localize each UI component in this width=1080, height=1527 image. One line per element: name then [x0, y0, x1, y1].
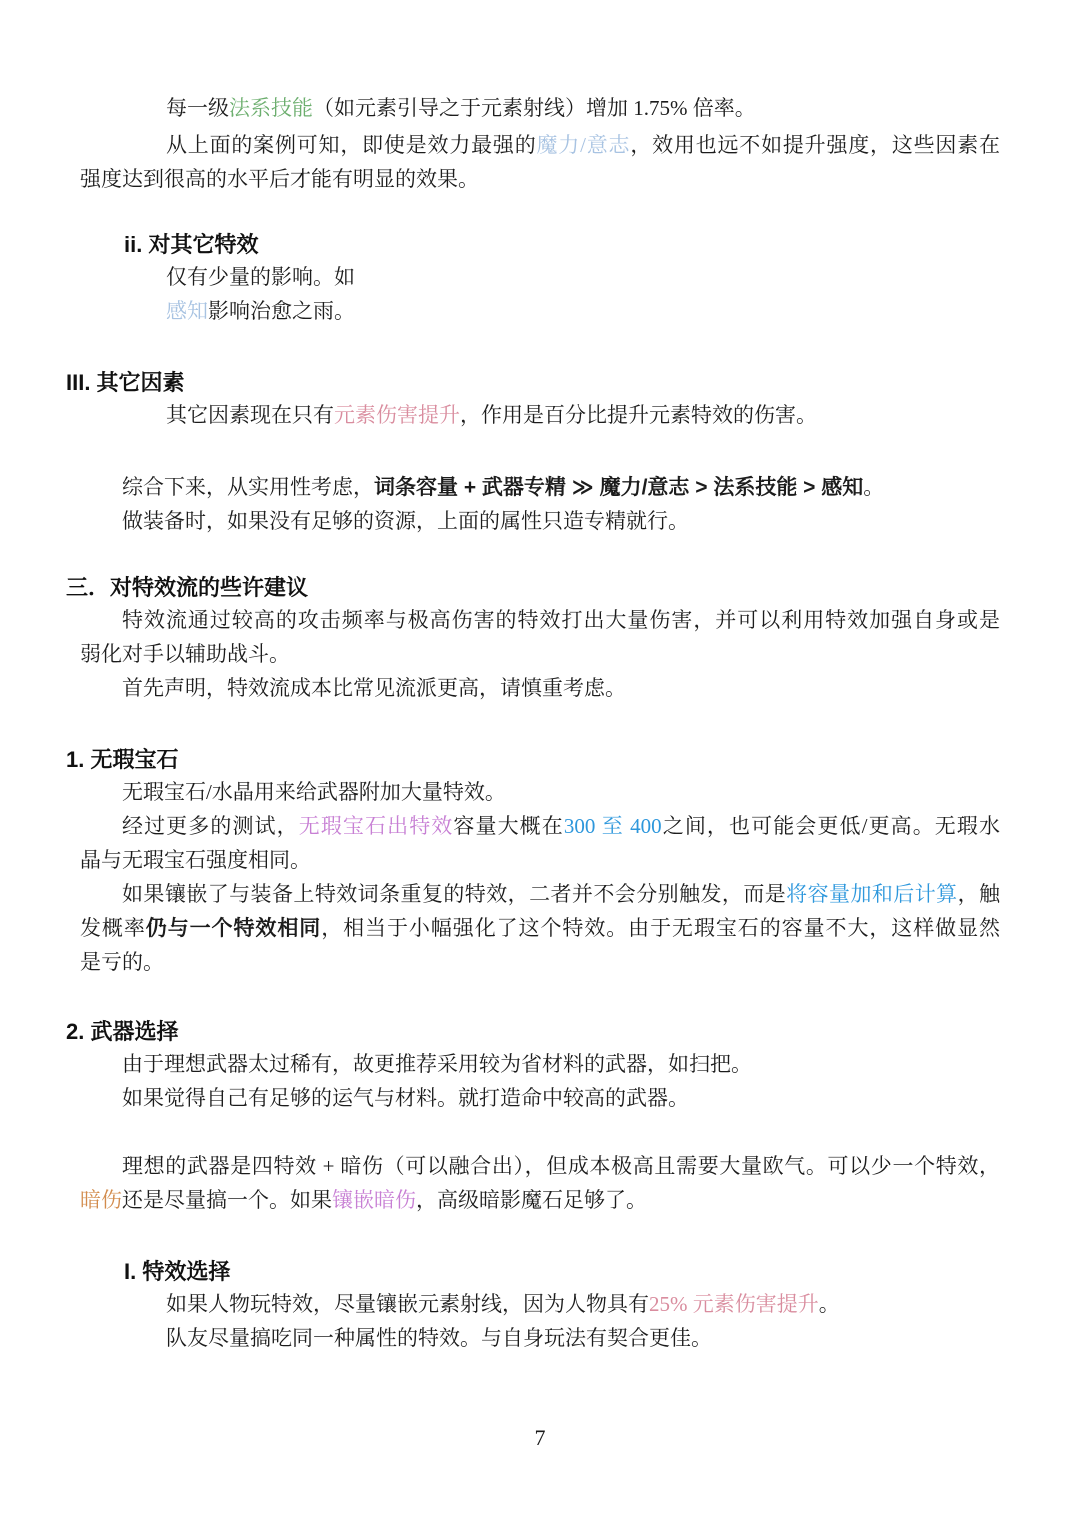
para-perception-rain: 感知影响治愈之雨。 — [80, 296, 1000, 326]
page-number: 7 — [0, 1425, 1080, 1451]
para-cost-warning: 首先声明，特效流成本比常见流派更高，请慎重考虑。 — [80, 673, 1000, 703]
para-gem-stacking-2: 发概率仍与一个特效相同，相当于小幅强化了这个特效。由于无瑕宝石的容量不大，这样做… — [80, 913, 1000, 944]
para-gem-stacking-1: 如果镶嵌了与装备上特效词条重复的特效，二者并不会分别触发，而是将容量加和后计算，… — [80, 879, 1000, 909]
para-ideal-weapon-1: 理想的武器是四特效 + 暗伤（可以融合出），但成本极高且需要大量欧气。可以少一个… — [80, 1151, 1000, 1181]
heading-flawless-gem: 1. 无瑕宝石 — [66, 743, 178, 774]
document-page: 每一级法系技能（如元素引导之于元素射线）增加 1.75% 倍率。 从上面的案例可… — [0, 0, 1080, 1527]
para-gem-capacity-2: 晶与无瑕宝石强度相同。 — [80, 845, 1000, 875]
para-case-conclusion-1: 从上面的案例可知，即使是效力最强的魔力/意志，效用也远不如提升强度，这些因素在 — [80, 130, 1000, 160]
para-minor-influence: 仅有少量的影响。如 — [80, 262, 1000, 292]
heading-other-factors: III. 其它因素 — [66, 366, 185, 397]
para-case-conclusion-2: 强度达到很高的水平后才能有明显的效果。 — [80, 164, 1000, 194]
para-weapon-luck: 如果觉得自己有足够的运气与材料。就打造命中较高的武器。 — [80, 1083, 1000, 1113]
heading-proc-build-advice: 三．对特效流的些许建议 — [66, 571, 308, 602]
para-weapon-rarity: 由于理想武器太过稀有，故更推荐采用较为省材料的武器，如扫把。 — [80, 1049, 1000, 1079]
para-proc-build-1: 特效流通过较高的攻击频率与极高伤害的特效打出大量伤害，并可以利用特效加强自身或是 — [80, 605, 1000, 635]
para-priority-formula: 综合下来，从实用性考虑，词条容量 + 武器专精 ≫ 魔力/意志 > 法系技能 >… — [80, 472, 1000, 503]
para-gem-capacity-1: 经过更多的测试，无瑕宝石出特效容量大概在300 至 400之间，也可能会更低/更… — [80, 811, 1000, 841]
para-elemental-damage: 其它因素现在只有元素伤害提升，作用是百分比提升元素特效的伤害。 — [80, 400, 1000, 430]
para-gem-usage: 无瑕宝石/水晶用来给武器附加大量特效。 — [80, 777, 1000, 807]
para-skill-rate: 每一级法系技能（如元素引导之于元素射线）增加 1.75% 倍率。 — [80, 93, 1000, 123]
heading-weapon-choice: 2. 武器选择 — [66, 1015, 178, 1046]
heading-other-effects: ii. 对其它特效 — [124, 228, 258, 259]
para-ideal-weapon-2: 暗伤还是尽量搞一个。如果镶嵌暗伤，高级暗影魔石足够了。 — [80, 1185, 1000, 1215]
para-proc-selection-2: 队友尽量搞吃同一种属性的特效。与自身玩法有契合更佳。 — [80, 1323, 1000, 1353]
heading-proc-selection: I. 特效选择 — [124, 1255, 230, 1286]
para-gem-stacking-3: 是亏的。 — [80, 947, 1000, 977]
para-gear-advice: 做装备时，如果没有足够的资源，上面的属性只造专精就行。 — [80, 506, 1000, 536]
para-proc-build-2: 弱化对手以辅助战斗。 — [80, 639, 1000, 669]
para-proc-selection-1: 如果人物玩特效，尽量镶嵌元素射线，因为人物具有25% 元素伤害提升。 — [80, 1289, 1000, 1319]
